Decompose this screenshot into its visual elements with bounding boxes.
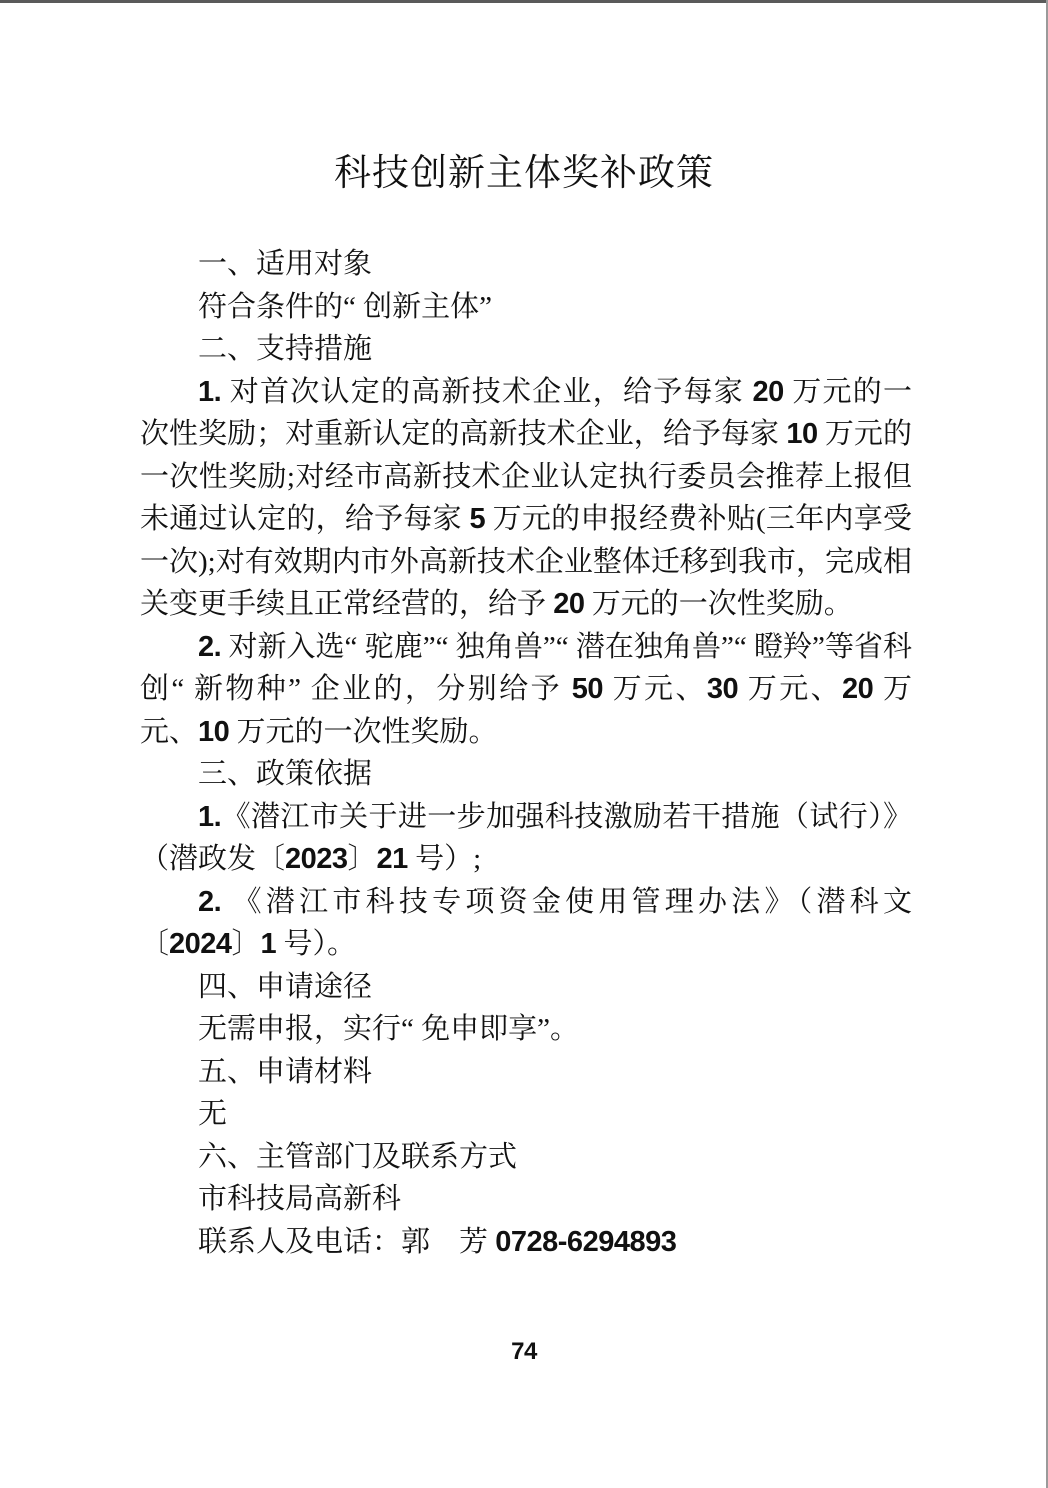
section-heading-contact: 六、主管部门及联系方式 (140, 1136, 912, 1179)
paragraph-support-measure-1: 1. 对首次认定的高新技术企业，给予每家 20 万元的一次性奖励；对重新认定的高… (140, 371, 912, 626)
paragraph-application-materials: 无 (140, 1093, 912, 1136)
paragraph-support-measure-2: 2. 对新入选“ 驼鹿”“ 独角兽”“ 潜在独角兽”“ 瞪羚”等省科创“ 新物种… (140, 626, 912, 754)
paragraph-application-channel: 无需申报，实行“ 免申即享”。 (140, 1008, 912, 1051)
document-page: 科技创新主体奖补政策 一、适用对象 符合条件的“ 创新主体” 二、支持措施 1.… (0, 0, 1048, 1488)
section-heading-application-channel: 四、申请途径 (140, 966, 912, 1009)
paragraph-policy-basis-2: 2. 《潜江市科技专项资金使用管理办法》（潜科文〔2024〕1 号）。 (140, 881, 912, 966)
document-body: 一、适用对象 符合条件的“ 创新主体” 二、支持措施 1. 对首次认定的高新技术… (140, 243, 912, 1263)
section-heading-applicable-objects: 一、适用对象 (140, 243, 912, 286)
section-heading-support-measures: 二、支持措施 (140, 328, 912, 371)
section-heading-application-materials: 五、申请材料 (140, 1051, 912, 1094)
paragraph-applicable-objects: 符合条件的“ 创新主体” (140, 286, 912, 329)
paragraph-department: 市科技局高新科 (140, 1178, 912, 1221)
page-number: 74 (0, 1338, 1048, 1366)
page-top-edge (0, 0, 1048, 3)
section-heading-policy-basis: 三、政策依据 (140, 753, 912, 796)
paragraph-policy-basis-1: 1.《潜江市关于进一步加强科技激励若干措施（试行）》（潜政发〔2023〕21 号… (140, 796, 912, 881)
paragraph-contact-phone: 联系人及电话：郭 芳 0728-6294893 (140, 1221, 912, 1264)
document-title: 科技创新主体奖补政策 (0, 142, 1048, 196)
